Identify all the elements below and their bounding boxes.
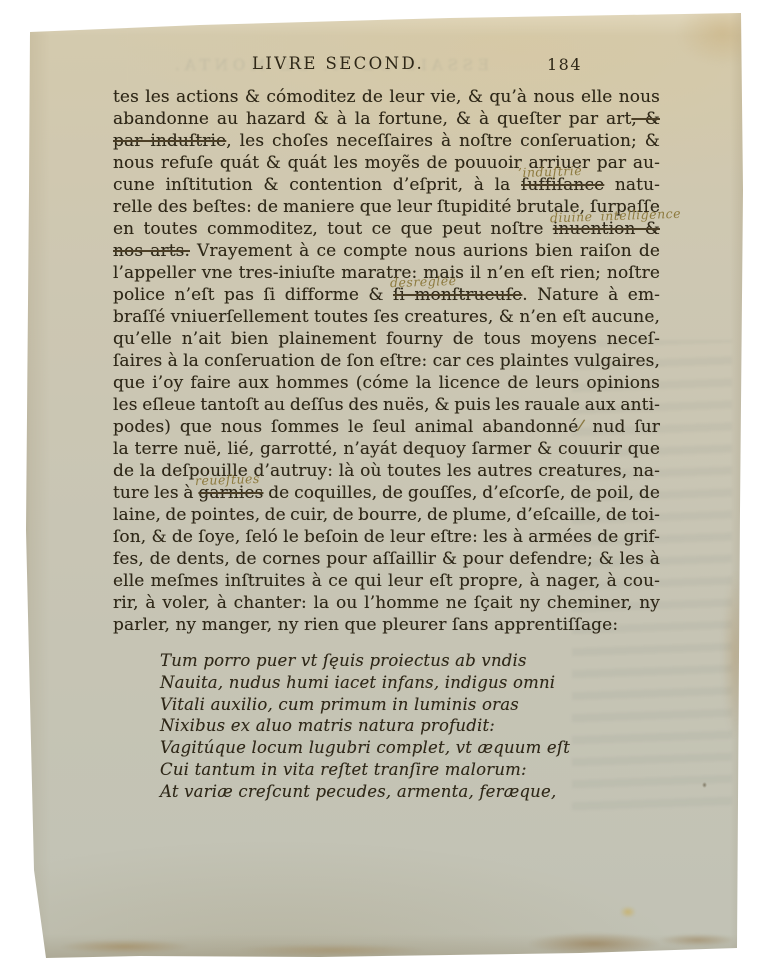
text-line: elle meſmes inſtruites à ce qui leur eſt…: [113, 570, 660, 592]
printed-text-block: tes les actions & cómoditez de leur vie,…: [113, 86, 660, 636]
text-line: rir, à voler, à chanter: la ou l’homme n…: [113, 592, 660, 614]
right-edge-stain: [714, 530, 744, 780]
printed-text: parler, ny manger, ny rien que pleurer ſ…: [113, 615, 618, 635]
printed-text: . Nature à em-: [522, 285, 660, 305]
verse-line: Vagitúque locum lugubri complet, vt æquu…: [160, 737, 570, 759]
printed-text: de coquilles, de gouſſes, d’eſcorſe, de …: [263, 483, 660, 503]
printed-text: natu-: [604, 175, 660, 195]
text-line: ſaires à la conſeruation de ſon eſtre: c…: [113, 350, 660, 372]
text-line: braſſé vniuerſellement toutes ſes creatu…: [113, 306, 660, 328]
printed-text: tes les actions & cómoditez de leur vie,…: [113, 87, 660, 107]
yellow-spot-stain: [620, 906, 636, 918]
printed-text: ſon, & de ſoye, ſeló le beſoin de leur e…: [113, 527, 660, 547]
bottom-foxing-stains: [42, 928, 732, 958]
book-page: ESSAIS DE M. DE MONTA. LIVRE SECOND. 184…: [20, 10, 746, 960]
printed-text: abandonne au hazard & à la fortune, & à …: [113, 109, 631, 129]
text-line: cune inſtitution & contention d’eſprit, …: [113, 174, 660, 196]
struck-text: ſi monſtrueuſedesreglee: [393, 285, 522, 305]
printed-text: l’appeller vne tres-iniuſte maratre: mai…: [113, 263, 660, 283]
printed-text: en toutes commoditez, tout ce que peut n…: [113, 219, 553, 239]
text-line: fes, de dents, de cornes pour aſſaillir …: [113, 548, 660, 570]
running-title: LIVRE SECOND.: [252, 54, 424, 73]
handwritten-annotation: ’induſtrie: [518, 159, 583, 183]
struck-text: nos arts.: [113, 241, 190, 261]
text-line: en toutes commoditez, tout ce que peut n…: [113, 218, 660, 240]
struck-text: , &: [631, 109, 660, 129]
verse-line: Nixibus ex aluo matris natura profudit:: [160, 715, 570, 737]
handwritten-annotation: desreglee: [390, 269, 457, 293]
text-line: qu’elle n’ait bien plainement fourny de …: [113, 328, 660, 350]
handwritten-annotation: reueſtues: [195, 467, 261, 491]
latin-verse-block: Tum porro puer vt ſęuis proiectus ab vnd…: [160, 650, 570, 803]
text-line: podes) que nous ſommes le ſeul animal ab…: [113, 416, 660, 438]
struck-text: garniesreueſtues: [198, 483, 263, 503]
struck-text: par induſtrie: [113, 131, 226, 151]
text-line: ture les à garniesreueſtues de coquilles…: [113, 482, 660, 504]
text-line: laine, de pointes, de cuir, de bourre, d…: [113, 504, 660, 526]
printed-text: les eſleue tantoſt au deſſus des nuës, &…: [113, 395, 660, 415]
verse-line: At variæ creſcunt pecudes, armenta, feræ…: [160, 781, 570, 803]
printed-text: la terre nuë, lié, garrotté, n’ayát dequ…: [113, 439, 660, 459]
text-line: l’appeller vne tres-iniuſte maratre: mai…: [113, 262, 660, 284]
ink-speck: [702, 782, 707, 788]
text-line: par induſtrie, les choſes neceſſaires à …: [113, 130, 660, 152]
printed-text: ture les à: [113, 483, 198, 503]
printed-text: , les choſes neceſſaires à noſtre conſer…: [226, 131, 660, 151]
text-line: nos arts. Vrayement à ce compte nous aur…: [113, 240, 660, 262]
top-right-stain: [658, 10, 744, 84]
printed-text: ſaires à la conſeruation de ſon eſtre: c…: [113, 351, 660, 371]
text-line: tes les actions & cómoditez de leur vie,…: [113, 86, 660, 108]
text-line: abandonne au hazard & à la fortune, & à …: [113, 108, 660, 130]
printed-text: police n’eſt pas ſi difforme &: [113, 285, 393, 305]
text-line: les eſleue tantoſt au deſſus des nuës, &…: [113, 394, 660, 416]
text-line: la terre nuë, lié, garrotté, n’ayát dequ…: [113, 438, 660, 460]
printed-text: fes, de dents, de cornes pour aſſaillir …: [113, 549, 660, 569]
printed-text: elle meſmes inſtruites à ce qui leur eſt…: [113, 571, 660, 591]
page-number: 184: [547, 55, 582, 74]
printed-text: braſſé vniuerſellement toutes ſes creatu…: [113, 307, 660, 327]
text-line: que i’oy faire aux hommes (cóme la licen…: [113, 372, 660, 394]
struck-text: inuention &diuine intelligence: [553, 219, 660, 239]
printed-text: cune inſtitution & contention d’eſprit, …: [113, 175, 521, 195]
printed-text: laine, de pointes, de cuir, de bourre, d…: [113, 505, 660, 525]
verse-line: Cui tantum in vita reſtet tranſire malor…: [160, 759, 570, 781]
verse-line: Vitali auxilio, cum primum in luminis or…: [160, 694, 570, 716]
printed-text: qu’elle n’ait bien plainement fourny de …: [113, 329, 660, 349]
verse-line: Tum porro puer vt ſęuis proiectus ab vnd…: [160, 650, 570, 672]
text-line: parler, ny manger, ny rien que pleurer ſ…: [113, 614, 660, 636]
printed-text: rir, à voler, à chanter: la ou l’homme n…: [113, 593, 660, 613]
printed-text: podes) que nous ſommes le ſeul animal ab…: [113, 417, 578, 437]
text-line: ſon, & de ſoye, ſeló le beſoin de leur e…: [113, 526, 660, 548]
printed-text: que i’oy faire aux hommes (cóme la licen…: [113, 373, 660, 393]
struck-text: ſuffiſance’induſtrie: [521, 175, 604, 195]
printed-text: nud ſur: [584, 417, 660, 437]
text-line: police n’eſt pas ſi difforme & ſi monſtr…: [113, 284, 660, 306]
verse-line: Nauita, nudus humi iacet infans, indigus…: [160, 672, 570, 694]
handwritten-annotation: diuine intelligence: [549, 202, 681, 229]
printed-text: Vrayement à ce compte nous aurions bien …: [190, 241, 660, 261]
